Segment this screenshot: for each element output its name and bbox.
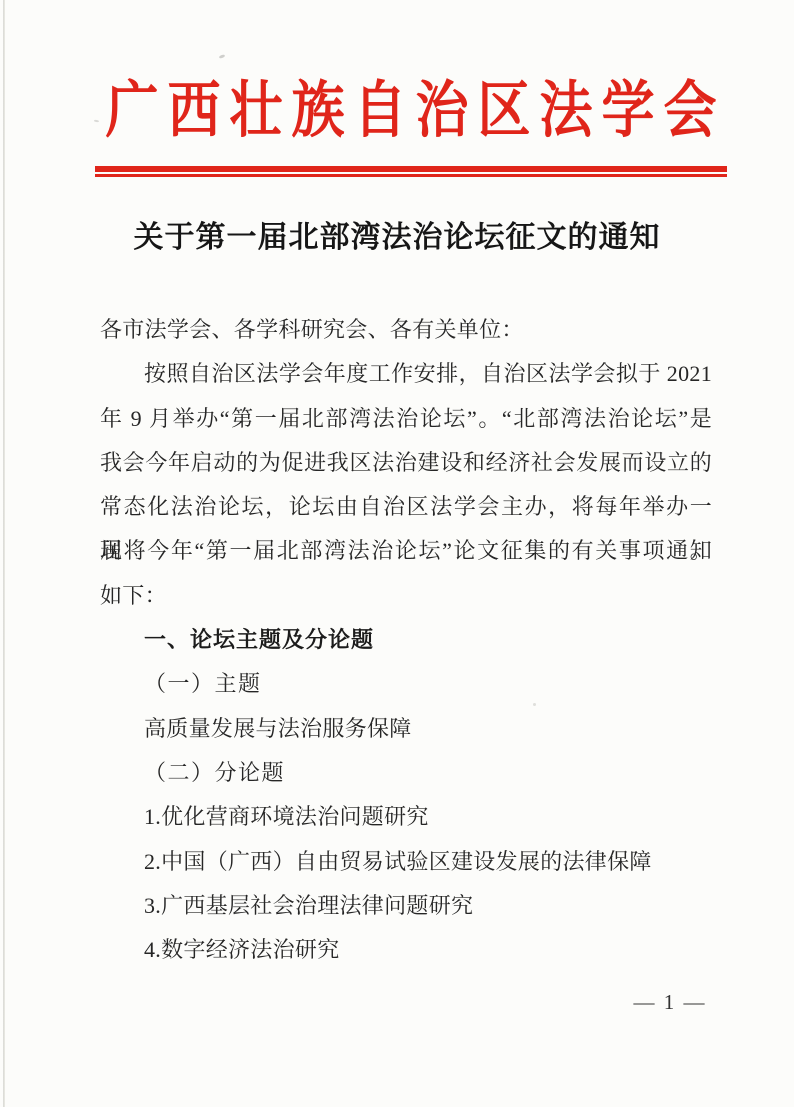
letterhead: 广西壮族自治区法学会 bbox=[95, 86, 727, 139]
topic-item: 2.中国（广西）自由贸易试验区建设发展的法律保障 bbox=[100, 840, 712, 884]
rule-thin-line bbox=[95, 174, 727, 177]
paragraph-line: 年 9 月举办“第一届北部湾法治论坛”。“北部湾法治论坛”是 bbox=[100, 397, 712, 441]
scan-speck bbox=[219, 54, 226, 59]
scan-edge-line bbox=[3, 0, 5, 1107]
section-heading: 一、论坛主题及分论题 bbox=[100, 618, 712, 662]
theme-text: 高质量发展与法治服务保障 bbox=[100, 707, 712, 751]
paragraph-line: 现将今年“第一届北部湾法治论坛”论文征集的有关事项通知 bbox=[100, 529, 712, 573]
org-name: 广西壮族自治区法学会 bbox=[95, 81, 727, 142]
letterhead-double-rule bbox=[95, 166, 727, 177]
notice-body: 各市法学会、各学科研究会、各有关单位： 按照自治区法学会年度工作安排，自治区法学… bbox=[100, 308, 712, 972]
sub-heading-theme: （一）主题 bbox=[100, 662, 712, 706]
topic-item: 1.优化营商环境法治问题研究 bbox=[100, 795, 712, 839]
sub-heading-subtopics: （二）分论题 bbox=[100, 751, 712, 795]
topic-item: 4.数字经济法治研究 bbox=[100, 928, 712, 972]
paragraph-line: 常态化法治论坛，论坛由自治区法学会主办，将每年举办一届。 bbox=[100, 485, 712, 529]
page-number: — 1 — bbox=[600, 990, 740, 1015]
paragraph-line: 如下： bbox=[100, 574, 712, 618]
paragraph-line: 按照自治区法学会年度工作安排，自治区法学会拟于 2021 bbox=[100, 352, 712, 396]
document-title: 关于第一届北部湾法治论坛征文的通知 bbox=[0, 214, 794, 262]
paragraph-line: 我会今年启动的为促进我区法治建设和经济社会发展而设立的 bbox=[100, 441, 712, 485]
topic-item: 3.广西基层社会治理法律问题研究 bbox=[100, 884, 712, 928]
salutation-line: 各市法学会、各学科研究会、各有关单位： bbox=[100, 308, 712, 352]
scanned-notice-page: 广西壮族自治区法学会 关于第一届北部湾法治论坛征文的通知 各市法学会、各学科研究… bbox=[0, 0, 794, 1107]
